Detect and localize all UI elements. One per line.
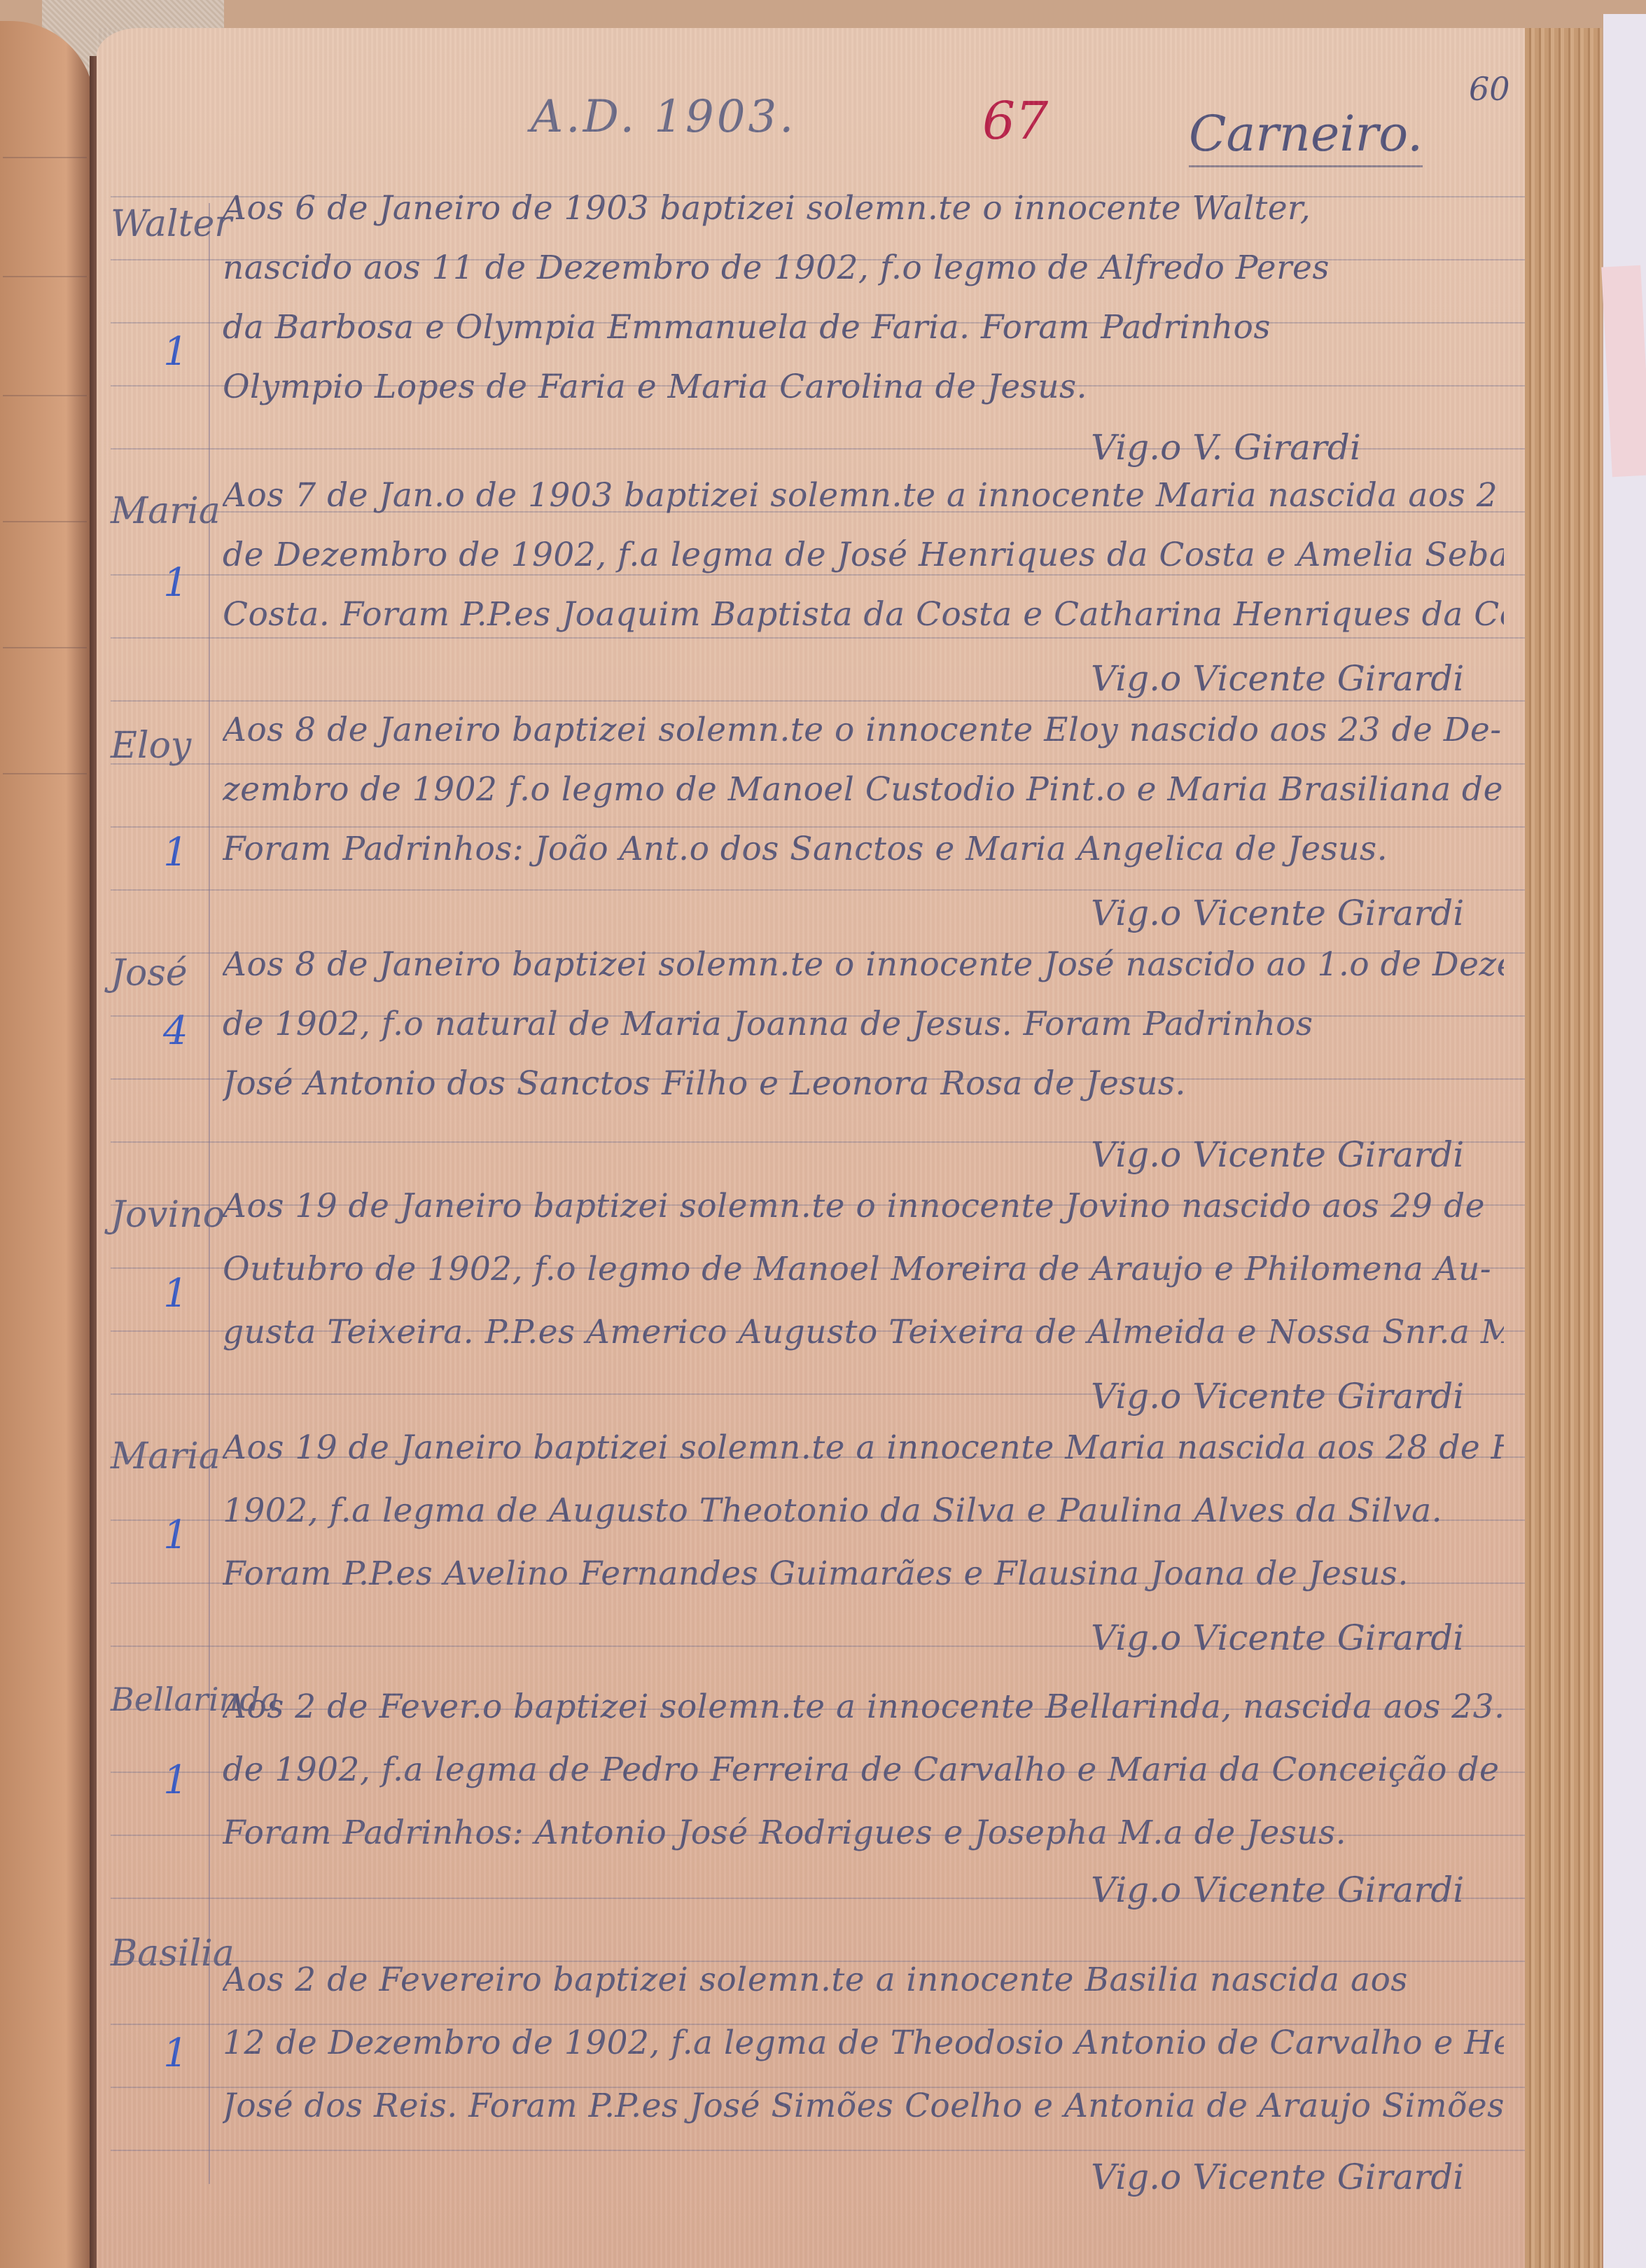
blue-tally-mark: 1 [163,329,188,375]
blue-tally-mark: 4 [163,1008,188,1054]
entry-line: Aos 19 de Janeiro baptizei solemn.te o i… [223,1187,1504,1225]
entry-line: Foram Padrinhos: João Ant.o dos Sanctos … [223,830,1504,868]
entry-line: gusta Teixeira. P.P.es Americo Augusto T… [223,1313,1504,1351]
entry-line: de 1902, f.o natural de Maria Joanna de … [223,1005,1504,1043]
blue-tally-mark: 1 [163,830,188,875]
left-page-text-line [3,147,87,158]
ruled-line [111,2150,1525,2151]
entry-line: Costa. Foram P.P.es Joaquim Baptista da … [223,595,1504,634]
entry-line: Foram P.P.es Avelino Fernandes Guimarães… [223,1554,1504,1593]
photo-scene: A.D. 1903. 67 Carneiro. 60 Walter 1 Aos … [0,0,1646,2268]
header-year: A.D. 1903. [531,91,797,143]
parish-name: Carneiro. [1189,105,1423,167]
vicar-signature: Vig.o Vicente Girardi [1091,893,1464,933]
ruled-line [111,889,1525,891]
entry-line: de Dezembro de 1902, f.a legma de José H… [223,536,1504,574]
entry-line: Aos 8 de Janeiro baptizei solemn.te o in… [223,945,1504,984]
entry-line: José dos Reis. Foram P.P.es José Simões … [223,2087,1504,2125]
entry-line: 1902, f.a legma de Augusto Theotonio da … [223,1491,1504,1530]
left-page-text-line [3,637,87,648]
blue-tally-mark: 1 [163,560,188,606]
page-header: A.D. 1903. 67 Carneiro. 60 [97,77,1525,175]
entry-name: Bellarinda [111,1681,216,1718]
entry-line: da Barbosa e Olympia Emmanuela de Faria.… [223,308,1504,347]
entry-line: nascido aos 11 de Dezembro de 1902, f.o … [223,249,1504,287]
blue-tally-mark: 1 [163,1271,188,1316]
entry-name: Maria [111,490,216,532]
left-page-text-line [3,266,87,277]
entry-line: zembro de 1902 f.o legmo de Manoel Custo… [223,770,1504,809]
entry-line: Aos 6 de Janeiro de 1903 baptizei solemn… [223,189,1504,228]
entry-line: de 1902, f.a legma de Pedro Ferreira de … [223,1751,1504,1789]
blue-tally-mark: 1 [163,1758,188,1803]
ruled-line [111,763,1525,765]
ruled-line [111,826,1525,828]
blue-tally-mark: 1 [163,2031,188,2076]
vicar-signature: Vig.o Vicente Girardi [1091,1134,1464,1175]
register-page: A.D. 1903. 67 Carneiro. 60 Walter 1 Aos … [97,28,1525,2268]
entry-name: Maria [111,1435,216,1477]
entry-line: Olympio Lopes de Faria e Maria Carolina … [223,368,1504,406]
entry-line: 12 de Dezembro de 1902, f.a legma de The… [223,2024,1504,2062]
entry-line: Aos 8 de Janeiro baptizei solemn.te o in… [223,711,1504,749]
folio-stamp-red: 67 [982,91,1048,151]
blue-tally-mark: 1 [163,1512,188,1558]
entry-line: Outubro de 1902, f.o legmo de Manoel Mor… [223,1250,1504,1288]
vicar-signature: Vig.o Vicente Girardi [1091,2157,1464,2197]
vicar-signature: Vig.o Vicente Girardi [1091,1870,1464,1910]
entry-name: Basilia [111,1933,216,1975]
entry-line: Aos 2 de Fever.o baptizei solemn.te a in… [223,1688,1504,1726]
left-page-edge [0,21,95,2268]
entry-line: José Antonio dos Sanctos Filho e Leonora… [223,1064,1504,1103]
entry-line: Aos 2 de Fevereiro baptizei solemn.te a … [223,1961,1504,1999]
entry-name: Walter [111,203,216,245]
entry-line: Foram Padrinhos: Antonio José Rodrigues … [223,1814,1504,1852]
left-page-text-line [3,763,87,774]
ruled-line [111,574,1525,576]
entry-line: Aos 19 de Janeiro baptizei solemn.te a i… [223,1428,1504,1467]
entry-name: José [111,952,216,994]
ruled-line [111,700,1525,702]
entry-name: Jovino [111,1194,216,1236]
page-number: 60 [1469,70,1510,108]
entry-name: Eloy [111,725,216,767]
vicar-signature: Vig.o Vicente Girardi [1091,1376,1464,1417]
entry-line: Aos 7 de Jan.o de 1903 baptizei solemn.t… [223,476,1504,515]
left-page-text-line [3,511,87,522]
page-stack-edge [1525,28,1602,2268]
vicar-signature: Vig.o Vicente Girardi [1091,1617,1464,1658]
vicar-signature: Vig.o V. Girardi [1091,427,1361,468]
left-page-text-line [3,385,87,396]
vicar-signature: Vig.o Vicente Girardi [1091,658,1464,699]
ruled-line [111,637,1525,639]
